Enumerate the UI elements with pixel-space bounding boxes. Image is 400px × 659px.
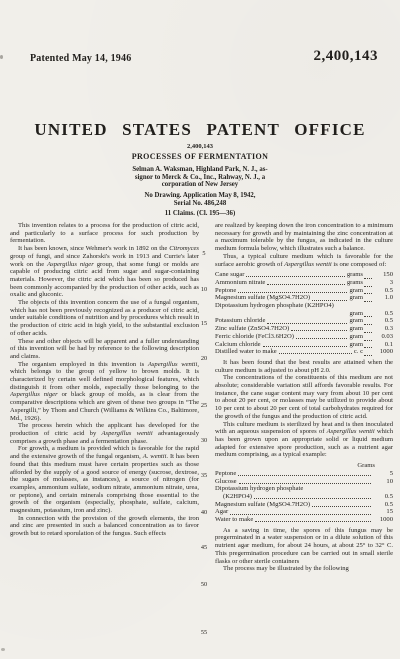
unit-label: gram bbox=[349, 325, 363, 333]
table-row: Water to make1000 bbox=[215, 516, 393, 524]
unit-label: gram bbox=[349, 333, 363, 341]
dot-leader bbox=[312, 300, 347, 301]
unit-label: grams bbox=[347, 279, 363, 287]
dot-leader bbox=[296, 338, 348, 339]
paragraph: The process herein which the applicant h… bbox=[10, 422, 199, 445]
ingredient-label: Ferric chloride (FeCl3.6H2O) bbox=[215, 333, 294, 341]
gutter-line-number: 30 bbox=[196, 437, 212, 444]
unit-label: gram bbox=[349, 310, 363, 318]
ingredient-value: 0.5 bbox=[373, 317, 393, 325]
dot-leader bbox=[263, 346, 348, 347]
unit-label: gram bbox=[349, 287, 363, 295]
paragraph: Thus, a typical culture medium which is … bbox=[215, 253, 393, 268]
patented-date: Patented May 14, 1946 bbox=[30, 53, 131, 64]
ingredient-label: Dipotassium hydrogen phosphate bbox=[215, 485, 303, 493]
gutter-line-number: 25 bbox=[196, 402, 212, 409]
dot-leader bbox=[364, 293, 372, 294]
ingredient-value: 15 bbox=[373, 508, 393, 516]
dot-leader bbox=[230, 514, 371, 515]
unit-label: gram bbox=[349, 294, 363, 302]
ingredient-label: Water to make bbox=[215, 516, 253, 524]
gutter-line-number: 40 bbox=[196, 509, 212, 516]
table-row: Potassium chloridegram0.5 bbox=[215, 317, 393, 325]
paragraph: The concentrations of the constituents o… bbox=[215, 374, 393, 420]
gutter-line-number: 50 bbox=[196, 581, 212, 588]
dot-leader bbox=[255, 521, 371, 522]
ingredient-value: 10 bbox=[373, 478, 393, 486]
ingredient-label: Potassium chloride bbox=[215, 317, 265, 325]
inventor-byline: Selman A. Waksman, Highland Park, N. J.,… bbox=[115, 166, 285, 189]
ingredient-label: Distilled water to make bbox=[215, 348, 277, 356]
patent-number-small: 2,400,143 bbox=[0, 143, 400, 150]
ingredient-label: Glucose bbox=[215, 478, 237, 486]
table-row: gram0.5 bbox=[215, 310, 393, 318]
dot-leader bbox=[364, 347, 372, 348]
claims-line: 11 Claims. (Cl. 195—36) bbox=[0, 210, 400, 217]
dot-leader bbox=[364, 301, 372, 302]
filing-line: No Drawing. Application May 8, 1942, bbox=[115, 192, 285, 200]
patent-office-title: UNITED STATES PATENT OFFICE bbox=[0, 120, 400, 140]
unit-label: gram bbox=[349, 317, 363, 325]
dot-leader bbox=[238, 475, 371, 476]
patent-number-header: 2,400,143 bbox=[314, 48, 379, 65]
dot-leader bbox=[364, 278, 372, 279]
gutter-line-number: 35 bbox=[196, 472, 212, 479]
table-row: (K2HPO4)0.5 bbox=[215, 493, 393, 501]
ingredient-table: Cane sugargrams150Ammonium nitrategrams3… bbox=[215, 271, 393, 356]
paragraph: The process may be illustrated by the fo… bbox=[215, 565, 393, 573]
byline-line: Selman A. Waksman, Highland Park, N. J.,… bbox=[115, 166, 285, 174]
dot-leader bbox=[238, 292, 347, 293]
dot-leader bbox=[364, 286, 372, 287]
gutter-line-number: 10 bbox=[196, 286, 212, 293]
ingredient-value: 0.5 bbox=[373, 493, 393, 501]
patent-scan-page: Patented May 14, 1946 2,400,143 UNITED S… bbox=[0, 0, 400, 659]
unit-label: grams bbox=[347, 271, 363, 279]
paragraph: The organism employed in this invention … bbox=[10, 361, 199, 423]
table-row: Peptone5 bbox=[215, 470, 393, 478]
ingredient-value: 1000 bbox=[373, 516, 393, 524]
filing-line: Serial No. 486,248 bbox=[115, 200, 285, 208]
dot-leader bbox=[267, 323, 347, 324]
table-row: Cane sugargrams150 bbox=[215, 271, 393, 279]
ingredient-label: Cane sugar bbox=[215, 271, 244, 279]
filing-info: No Drawing. Application May 8, 1942, Ser… bbox=[115, 192, 285, 207]
paragraph: It has been found that the best results … bbox=[215, 359, 393, 374]
dot-leader bbox=[239, 483, 371, 484]
ingredient-value: 0.5 bbox=[373, 310, 393, 318]
scan-artifact bbox=[1, 648, 5, 651]
ingredient-value: 150 bbox=[373, 271, 393, 279]
ingredient-value: 1000 bbox=[373, 348, 393, 356]
gutter-line-number: 55 bbox=[196, 629, 212, 636]
ingredient-value: 0.03 bbox=[373, 333, 393, 341]
ingredient-table: GramsPeptone5Glucose10Dipotassium hydrog… bbox=[215, 462, 393, 524]
ingredient-label: Dipotassium hydrogen phosphate (K2HPO4) bbox=[215, 302, 334, 310]
paragraph: In connection with the provision of the … bbox=[10, 515, 199, 538]
ingredient-value: 5 bbox=[373, 470, 393, 478]
byline-line: corporation of New Jersey bbox=[115, 181, 285, 189]
ingredient-value: 0.1 bbox=[373, 341, 393, 349]
table-row: Magnesium sulfate (MgSO4.7H2O)gram1.0 bbox=[215, 294, 393, 302]
paragraph: This culture medium is sterilized by hea… bbox=[215, 421, 393, 460]
table-unit-header: Grams bbox=[215, 462, 393, 470]
invention-title: PROCESSES OF FERMENTATION bbox=[0, 152, 400, 161]
unit-label: c. c bbox=[354, 348, 363, 356]
table-row: Dipotassium hydrogen phosphate (K2HPO4) bbox=[215, 302, 393, 310]
dot-leader bbox=[364, 355, 372, 356]
dot-leader bbox=[291, 330, 347, 331]
ingredient-value: 1.0 bbox=[373, 294, 393, 302]
dot-leader bbox=[246, 276, 344, 277]
paragraph: For growth, a medium is provided which i… bbox=[10, 445, 199, 514]
gutter-line-number: 5 bbox=[196, 250, 212, 257]
paragraph: This invention relates to a process for … bbox=[10, 222, 199, 245]
table-row: Agar15 bbox=[215, 508, 393, 516]
table-row: Ammonium nitrategrams3 bbox=[215, 279, 393, 287]
ingredient-label: Agar bbox=[215, 508, 228, 516]
table-row: Distilled water to makec. c1000 bbox=[215, 348, 393, 356]
table-row: Calcium chloridegram0.1 bbox=[215, 341, 393, 349]
table-row: Magnesium sulfate (MgSO4.7H2O)0.5 bbox=[215, 501, 393, 509]
gutter-line-number: 15 bbox=[196, 320, 212, 327]
table-row: Zinc sulfate (ZnSO4.7H2O)gram0.3 bbox=[215, 325, 393, 333]
ingredient-label: Magnesium sulfate (MgSO4.7H2O) bbox=[215, 501, 310, 509]
ingredient-value: 0.3 bbox=[373, 325, 393, 333]
paragraph: The objects of this invention concern th… bbox=[10, 299, 199, 338]
ingredient-label: Zinc sulfate (ZnSO4.7H2O) bbox=[215, 325, 289, 333]
byline-line: signor to Merck & Co., Inc., Rahway, N. … bbox=[115, 174, 285, 182]
dot-leader bbox=[364, 316, 372, 317]
unit-label: gram bbox=[349, 341, 363, 349]
ingredient-label: (K2HPO4) bbox=[215, 493, 252, 501]
table-row: Peptonegram0.5 bbox=[215, 287, 393, 295]
dot-leader bbox=[364, 332, 372, 333]
right-text-column: are realized by keeping down the iron co… bbox=[215, 222, 393, 648]
dot-leader bbox=[312, 506, 371, 507]
dot-leader bbox=[364, 324, 372, 325]
paragraph: These and other objects will be apparent… bbox=[10, 338, 199, 361]
ingredient-label: Peptone bbox=[215, 287, 236, 295]
dot-leader bbox=[279, 353, 352, 354]
dot-leader bbox=[267, 284, 345, 285]
ingredient-label: Magnesium sulfate (MgSO4.7H2O) bbox=[215, 294, 310, 302]
dot-leader bbox=[364, 340, 372, 341]
dot-leader bbox=[254, 498, 371, 499]
gutter-line-number: 45 bbox=[196, 544, 212, 551]
gutter-line-number: 20 bbox=[196, 355, 212, 362]
paragraph: As a saving in time, the spores of this … bbox=[215, 527, 393, 566]
table-row: Glucose10 bbox=[215, 478, 393, 486]
ingredient-value: 3 bbox=[373, 279, 393, 287]
ingredient-value: 0.5 bbox=[373, 287, 393, 295]
ingredient-label: Ammonium nitrate bbox=[215, 279, 265, 287]
ingredient-label: Peptone bbox=[215, 470, 236, 478]
left-text-column: This invention relates to a process for … bbox=[10, 222, 199, 648]
table-row: Dipotassium hydrogen phosphate bbox=[215, 485, 393, 493]
table-row: Ferric chloride (FeCl3.6H2O)gram0.03 bbox=[215, 333, 393, 341]
ingredient-label: Calcium chloride bbox=[215, 341, 261, 349]
paragraph: It has been known, since Wehmer's work i… bbox=[10, 245, 199, 299]
ingredient-value: 0.5 bbox=[373, 501, 393, 509]
paragraph: are realized by keeping down the iron co… bbox=[215, 222, 393, 253]
scan-artifact bbox=[0, 55, 3, 59]
